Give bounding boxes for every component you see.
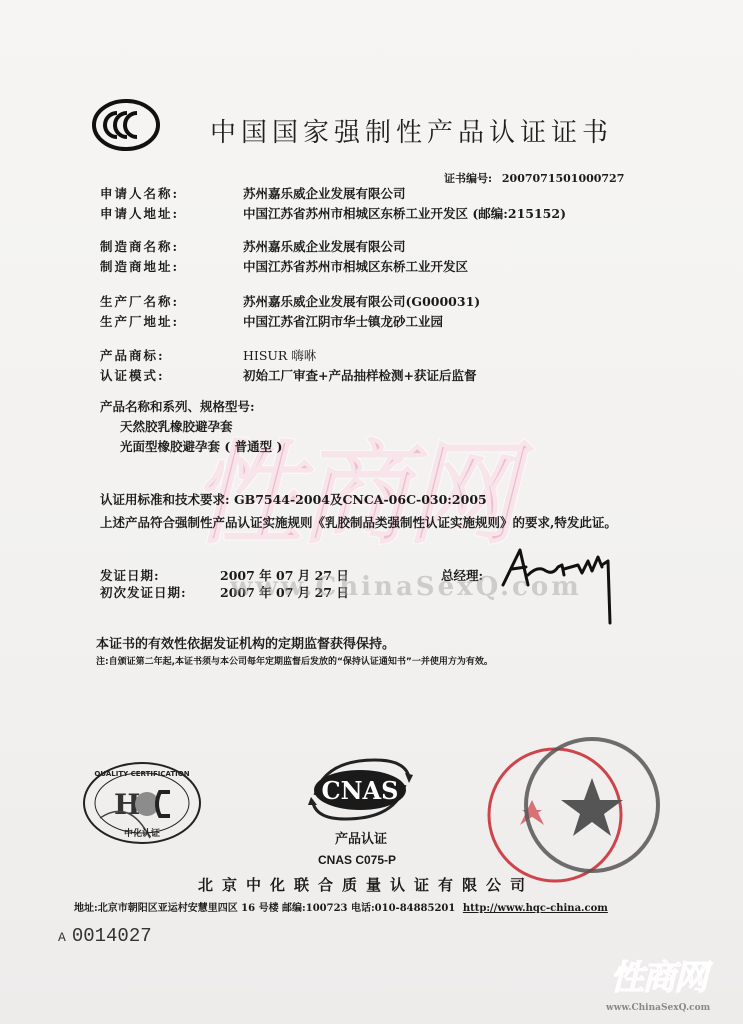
products-heading: 产品名称和系列、规格型号: [100,397,255,415]
declaration-text: 上述产品符合强制性产品认证实施规则《乳胶制品类强制性认证实施规则》的要求,特发此… [100,514,660,531]
product-item: 天然胶乳橡胶避孕套 [120,417,233,435]
corner-watermark-url: www.ChinaSexQ.com [606,1003,710,1013]
field-certification-mode: 认证模式:初始工厂审查+产品抽样检测+获证后监督 [100,366,476,384]
cert-number-label: 证书编号: [444,172,492,185]
cert-number-value: 2007071501000727 [502,172,624,185]
certificate-title: 中国国家强制性产品认证证书 [210,112,613,149]
corner-watermark-logo: 性商网 [610,950,706,999]
hqc-logo-icon: QUALITY CERTIFICATION H 中化认证 [80,758,205,848]
cnas-caption: 产品认证 [335,828,387,847]
field-trademark: 产品商标:HISUR 嗨咻 [100,346,316,364]
watermark-logo: 性商网 [190,405,514,566]
standards-line: 认证用标准和技术要求: GB7544-2004及CNCA-06C-030:200… [100,490,487,508]
field-manufacturer-name: 制造商名称:苏州嘉乐威企业发展有限公司 [100,237,406,255]
svg-text:CNAS: CNAS [322,776,399,805]
company-seal-icon [480,730,670,885]
certificate-number: 证书编号: 2007071501000727 [444,170,624,186]
serial-prefix: A [58,930,66,945]
note-text: 注:自颁证第二年起,本证书须与本公司每年定期监督后发放的“保持认证通知书”一并使… [96,654,493,667]
field-applicant-address: 申请人地址:中国江苏省苏州市相城区东桥工业开发区 (邮编:215152) [100,204,566,222]
field-factory-name: 生产厂名称:苏州嘉乐威企业发展有限公司(G000031) [100,292,480,310]
field-applicant-name: 申请人名称:苏州嘉乐威企业发展有限公司 [100,184,406,202]
serial-value: 0014027 [72,925,152,947]
watermark-url: www.ChinaSexQ.com [230,572,582,602]
issuer-address: 地址:北京市朝阳区亚运村安慧里四区 16 号楼 邮编:100723 电话:010… [74,903,455,914]
svg-text:QUALITY CERTIFICATION: QUALITY CERTIFICATION [94,770,189,778]
cnas-code: CNAS C075-P [318,853,396,867]
field-factory-address: 生产厂地址:中国江苏省江阴市华士镇龙砂工业园 [100,312,443,330]
certificate-page: 中国国家强制性产品认证证书 证书编号: 2007071501000727 申请人… [0,0,743,1024]
issuer-url-link[interactable]: http://www.hqc-china.com [463,903,608,914]
issuer-name: 北京中化联合质量认证有限公司 [198,874,534,895]
product-item: 光面型橡胶避孕套 ( 普通型 ) [120,437,282,455]
validity-statement: 本证书的有效性依据发证机构的定期监督获得保持。 [96,633,395,652]
field-manufacturer-address: 制造商地址:中国江苏省苏州市相城区东桥工业开发区 [100,257,468,275]
serial-number: A0014027 [58,925,152,947]
ccc-logo-icon [91,98,161,152]
issuer-address-line: 地址:北京市朝阳区亚运村安慧里四区 16 号楼 邮编:100723 电话:010… [74,899,608,914]
cnas-logo-icon: CNAS [305,755,415,825]
svg-text:中化认证: 中化认证 [124,827,160,839]
